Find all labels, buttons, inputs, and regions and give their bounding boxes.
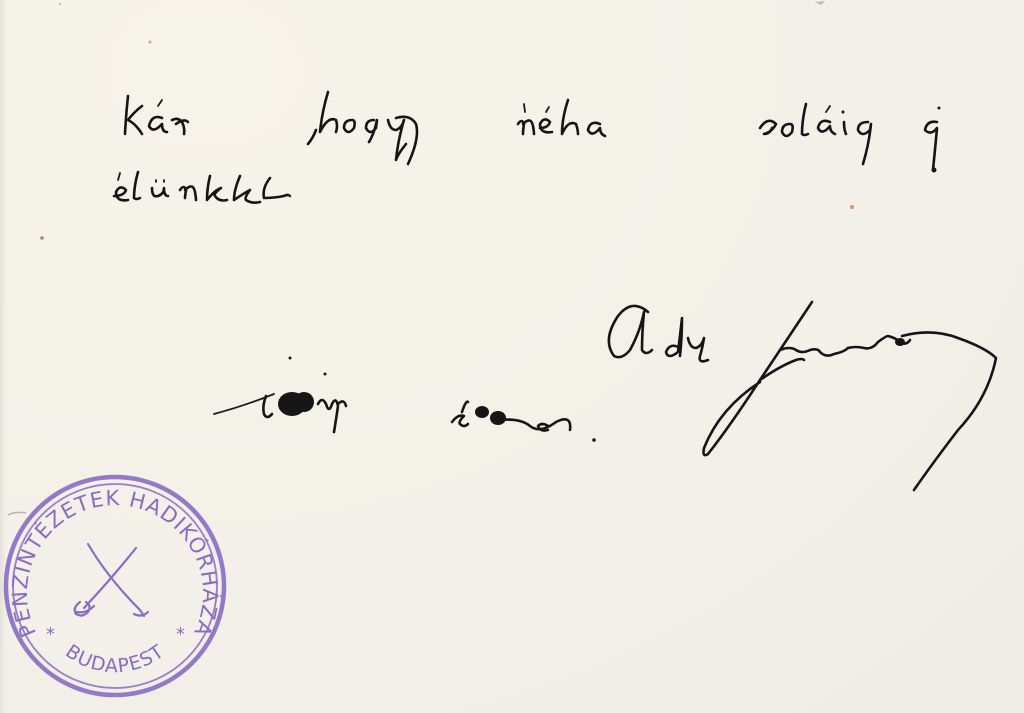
signature-handwriting	[609, 302, 996, 490]
institution-stamp: PÉNZINTÉZETEK HADIKÓRHÁZA BUDAPEST * *	[6, 477, 224, 695]
stamp-star-right: *	[176, 624, 186, 645]
card-artwork: PÉNZINTÉZETEK HADIKÓRHÁZA BUDAPEST * *	[0, 0, 1024, 713]
handwritten-card: Kár, hogy néha sokáig élünk 1917 dec. Ad…	[0, 0, 1024, 713]
crossed-sabres-icon	[75, 544, 148, 616]
handwriting-line-1	[125, 92, 941, 173]
date-handwriting	[214, 357, 596, 442]
paper-specks	[8, 1, 854, 515]
handwriting-line-2	[114, 172, 290, 203]
stamp-star-left: *	[46, 624, 56, 645]
stamp-arc-bottom: BUDAPEST	[61, 640, 168, 677]
